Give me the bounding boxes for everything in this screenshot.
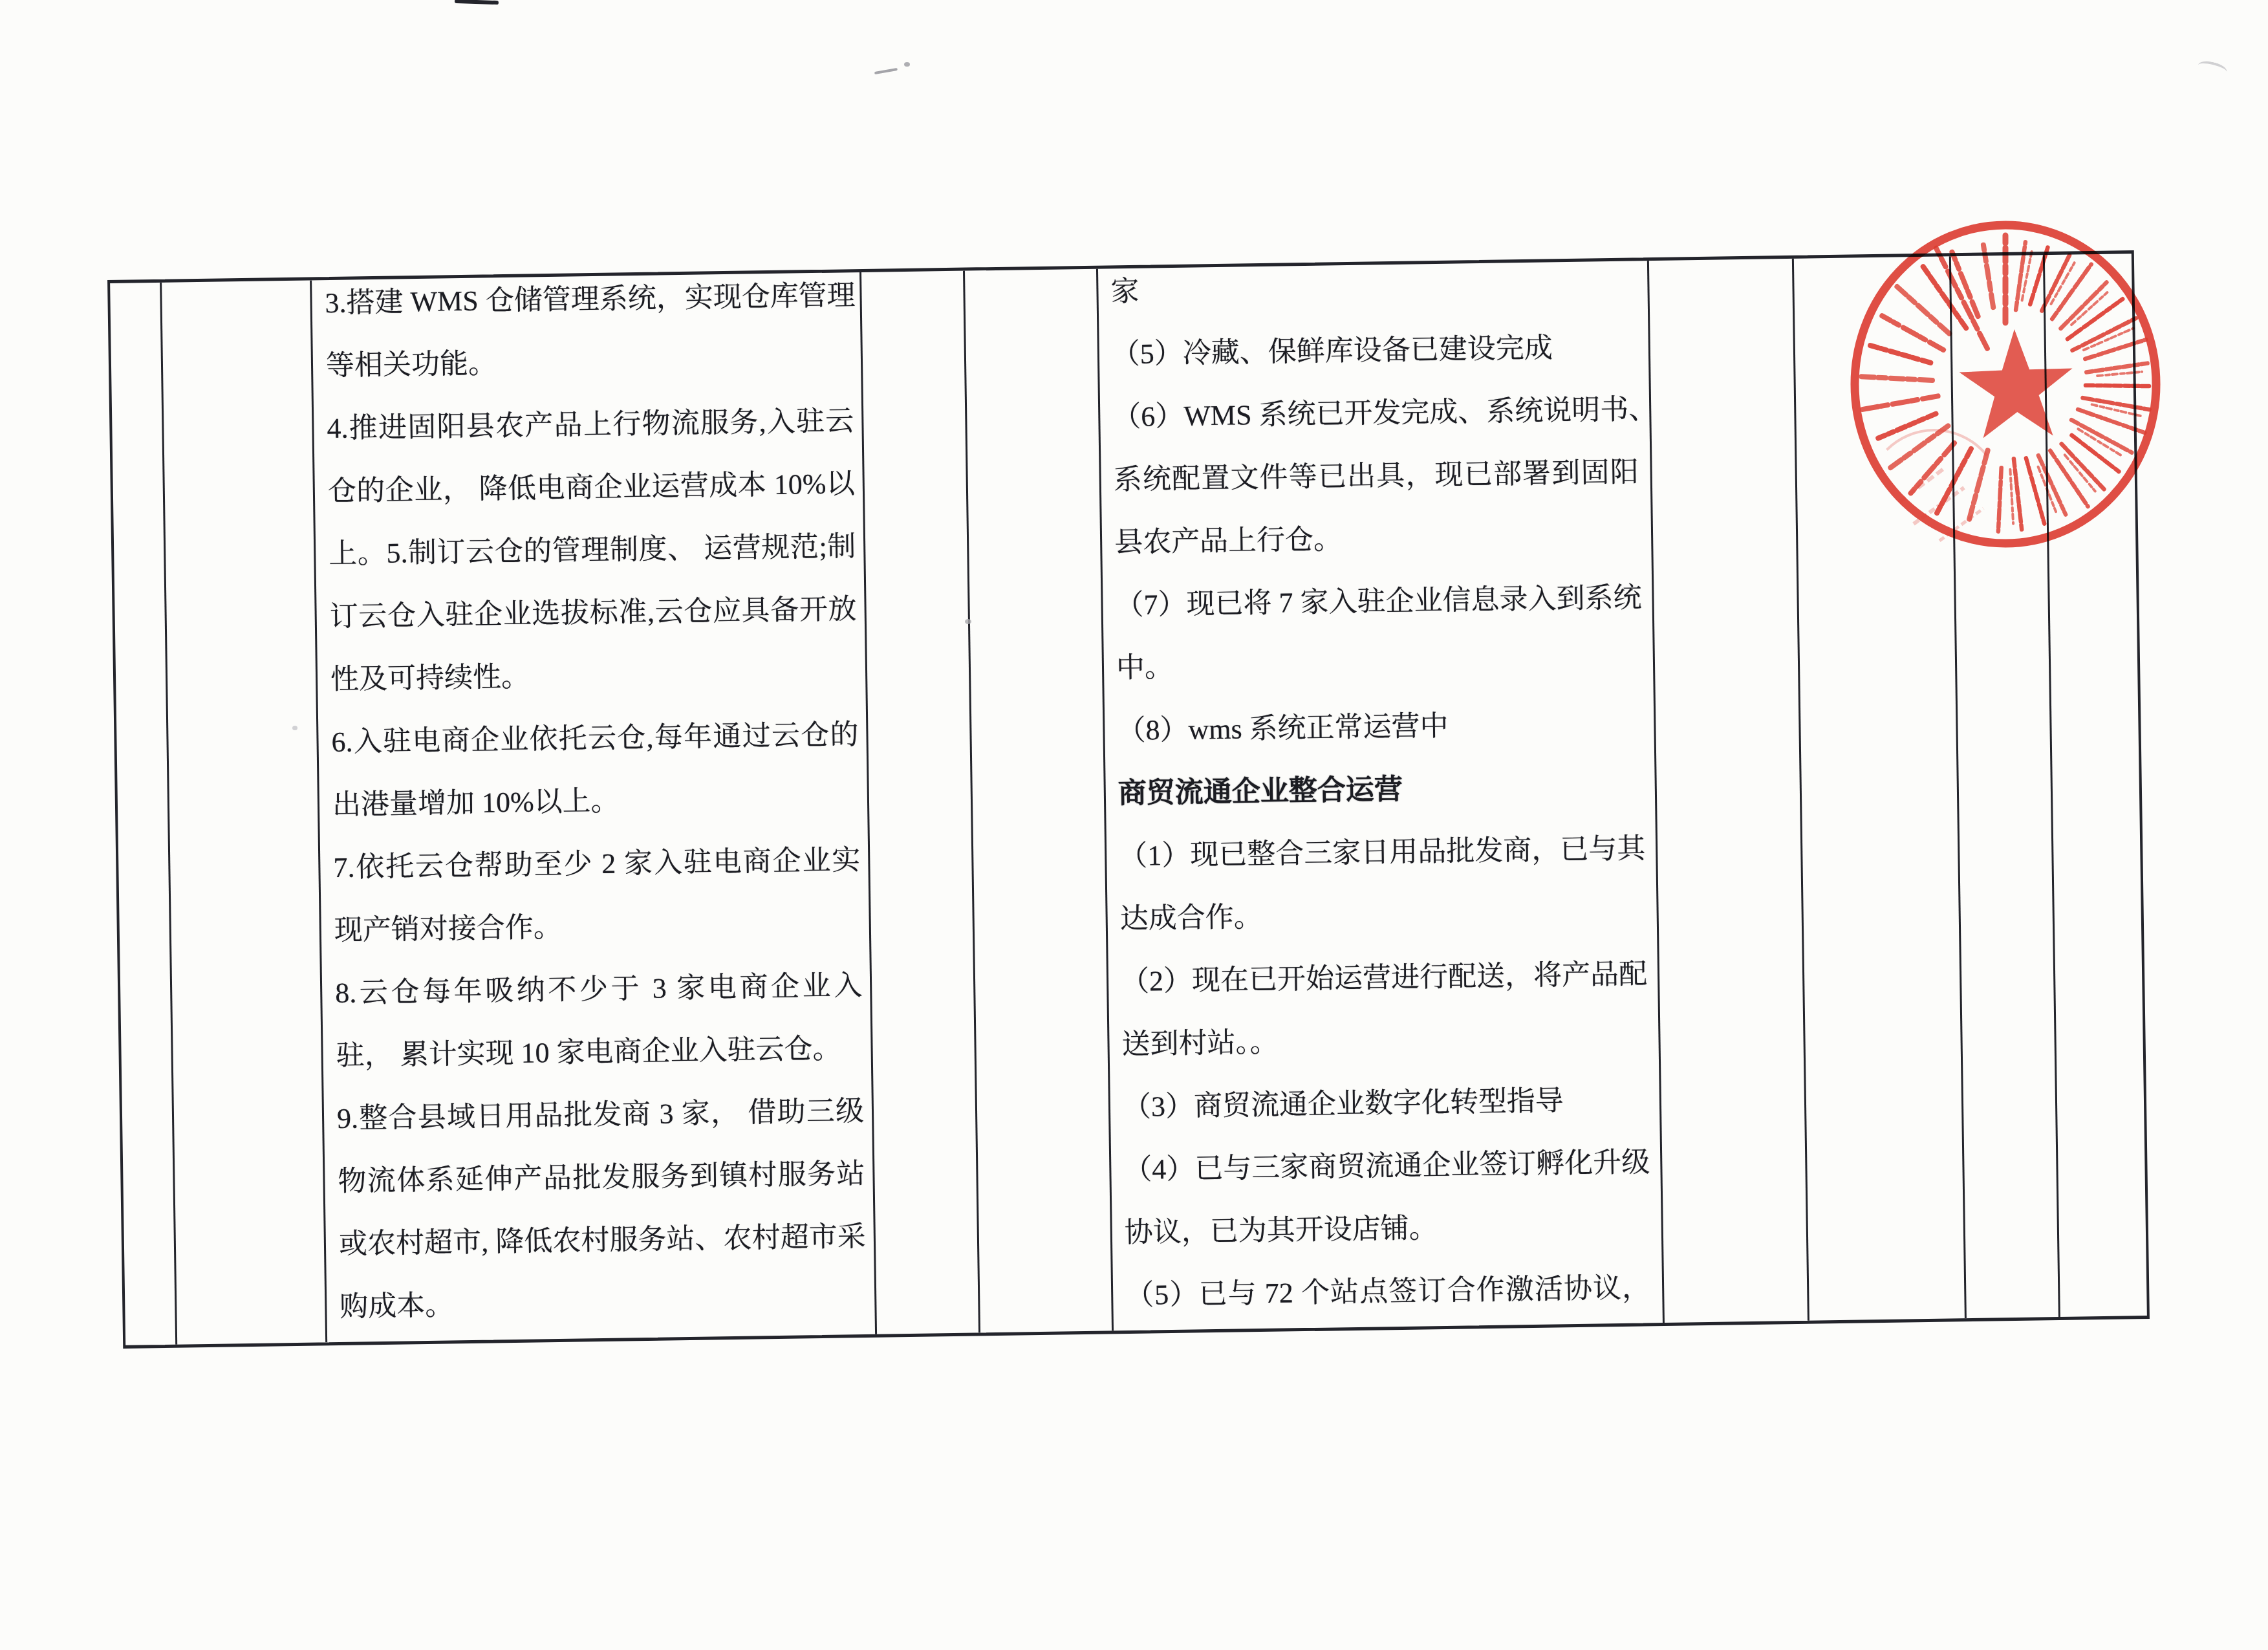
text-line: 驻， 累计实现 10 家电商企业入驻云仓。 [336,1032,863,1102]
text-line: 等相关功能。 [326,342,854,412]
text-line: 6.入驻电商企业依托云仓,每年通过云仓的 [331,718,859,788]
text-line: 家 [1110,267,1636,338]
text-line: （3）商贸流通企业数字化转型指导 [1123,1083,1648,1153]
scan-speck [874,68,898,74]
text-line: 出港量增加 10%以上。 [332,781,860,851]
table-cell-empty-7 [1951,255,2060,1318]
scan-speck [2196,59,2228,79]
text-line: 达成合作。 [1119,895,1645,965]
table-cell-empty-8 [2045,254,2147,1317]
text-line: 送到村站。。 [1121,1020,1647,1091]
text-line: 9.整合县域日用品批发商 3 家， 借助三级 [337,1094,865,1165]
text-line: （5）已与 72 个站点签订合作激活协议， [1125,1271,1651,1330]
table-cell-progress-text: 家（5）冷藏、保鲜库设备已建设完成（6）WMS 系统已开发完成、系统说明书、系统… [1098,261,1665,1330]
text-line: （6）WMS 系统已开发完成、系统说明书、 [1112,393,1638,463]
text-line: （1）现已整合三家日用品批发商，已与其 [1119,832,1645,902]
table-cell-empty-5 [1649,259,1809,1323]
text-line: 协议，已为其开设店铺。 [1124,1208,1650,1279]
table-grid: 3.搭建 WMS 仓储管理系统，实现仓库管理等相关功能。4.推进固阳县农产品上行… [107,250,2150,1349]
text-line: 商贸流通企业整合运营 [1118,769,1643,840]
text-line: 性及可持续性。 [330,655,858,726]
table-cell-empty-2 [162,280,327,1344]
text-line: 订云仓入驻企业选拔标准,云仓应具备开放 [329,592,857,663]
text-line: （4）已与三家商贸流通企业签订孵化升级 [1123,1145,1649,1216]
text-line: 县农产品上行仓。 [1114,518,1640,589]
table-cell-empty-6 [1794,256,1967,1320]
text-line: 系统配置文件等已出具，现已部署到固阳 [1113,455,1639,526]
text-line: 现产销对接合作。 [334,906,861,977]
text-line: （8）wms 系统正常运营中 [1117,706,1643,777]
text-line: （7）现已将 7 家入驻企业信息录入到系统 [1115,581,1641,651]
scanned-document-sheet: 3.搭建 WMS 仓储管理系统，实现仓库管理等相关功能。4.推进固阳县农产品上行… [0,0,2268,1650]
text-line: 物流体系延伸产品批发服务到镇村服务站 [338,1157,865,1228]
text-line: 或农村超市, 降低农村服务站、农村超市采 [339,1220,867,1290]
scan-speck [455,0,499,5]
text-line: 上。5.制订云仓的管理制度、 运营规范;制 [329,530,856,600]
text-line: 购成本。 [340,1283,867,1342]
text-line: 8.云仓每年吸纳不少于 3 家电商企业入 [335,969,863,1039]
report-table: 3.搭建 WMS 仓储管理系统，实现仓库管理等相关功能。4.推进固阳县农产品上行… [107,250,2150,1349]
text-line: 4.推进固阳县农产品上行物流服务,入驻云 [327,404,854,475]
text-line: 中。 [1116,644,1642,714]
text-line: （2）现在已开始运营进行配送，将产品配 [1121,957,1647,1028]
text-line: 仓的企业， 降低电商企业运营成本 10%以 [328,467,856,537]
scan-speck [904,62,910,67]
table-cell-empty-4 [965,269,1114,1333]
table-cell-task-text: 3.搭建 WMS 仓储管理系统，实现仓库管理等相关功能。4.推进固阳县农产品上行… [312,272,877,1342]
text-line: 3.搭建 WMS 仓储管理系统，实现仓库管理 [325,279,852,349]
table-cell-empty-3 [861,271,980,1334]
text-line: 7.依托云仓帮助至少 2 家入驻电商企业实 [333,843,861,914]
text-line: （5）冷藏、保鲜库设备已建设完成 [1112,330,1637,400]
